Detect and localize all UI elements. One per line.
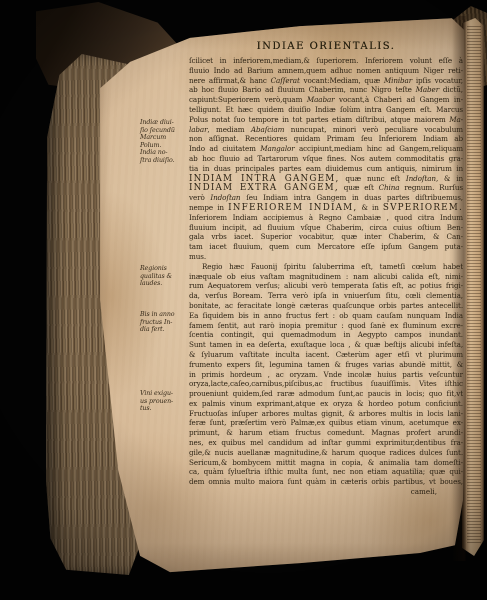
body-line: Regio hæc Fauonij ſpiritu ſaluberrima eſ… [189, 262, 463, 272]
body-line: proueniunt quidem,ſed raræ admodum ſunt,… [189, 389, 463, 399]
body-line: bonitate, ac feracitate longè cæteras qu… [189, 301, 463, 311]
body-line: nere affirmat,& hanc Caſſerat vocant:Med… [189, 76, 463, 86]
body-line: fluuio Indo ad Barium amnem,quem adhuc n… [189, 66, 463, 76]
margin-note-line: Regionis [140, 265, 187, 273]
body-line: capiunt:Superiorem verò,quam Maabar voca… [189, 95, 463, 105]
body-line: labar, mediam Abaſciam nuncupat, minori … [189, 125, 463, 135]
body-line: ab hoc fluuio Bario ad fluuium Chaberim,… [189, 85, 463, 95]
body-line: da, verſus Boream. Terra verò ipſa in vn… [189, 291, 463, 301]
body-line: gala vrbs iacet. Superior vocabitur, quæ… [189, 232, 463, 242]
margin-note-line: us prouen- [140, 398, 187, 406]
margin-note-india-division: Indiæ diui-ſio ſecundũMarcumPolum.India … [140, 119, 187, 164]
body-line: Fructuoſas inſuper arbores multas gignit… [189, 409, 463, 419]
body-line: feræ ſunt, præſertim verò Palmæ,ex quibu… [189, 418, 463, 428]
body-line: primunt, & harum etiam fructus comedunt.… [189, 428, 463, 438]
margin-note-line: dia fert. [140, 326, 187, 334]
margin-note-line: tus. [140, 405, 187, 413]
body-line: ſcilicet in inferiorem,mediam,& ſuperior… [189, 56, 463, 66]
margin-note-line: Marcum [140, 134, 187, 142]
body-line: fluuium incipit, ad fluuium vſque Chaber… [189, 223, 463, 233]
body-line: INDIAM EXTRA GANGEM, quæ eſt China regnu… [189, 183, 463, 193]
body-line: INDIAM INTRA GANGEM, quæ nunc eſt Indoſt… [189, 174, 463, 184]
margin-note-line: Vini exigu- [140, 390, 187, 398]
body-line: inæquale ob eius vaſtam magnitudinem : n… [189, 272, 463, 282]
body-line: Sunt tamen in ea deſerta, exuſtaque loca… [189, 340, 463, 350]
body-line: nempe in INFERIOREM INDIAM, & in SVPERIO… [189, 203, 463, 213]
body-line: ſcentia contingit, qui quemadmodum in Ae… [189, 330, 463, 340]
body-line: Indo ad ciuitatem Mangalor accipiunt,med… [189, 144, 463, 154]
body-line: Ea ſiquidem bis in anno fructus fert : o… [189, 311, 463, 321]
body-line: oryza,lacte,caſeo,carnibus,piſcibus,ac f… [189, 379, 463, 389]
body-line: famem ſentit, aut rarò inopia premitur :… [189, 321, 463, 331]
margin-note-line: India no- [140, 149, 187, 157]
body-line: Sericum,& bombycem mittit magna in copia… [189, 458, 463, 468]
body-line: Polus notat ſuo tempore in tot partes et… [189, 115, 463, 125]
body-line: ab hoc fluuio ad Tartarorum vſque fines.… [189, 154, 463, 164]
margin-note-little-wine: Vini exigu-us prouen-tus. [140, 390, 187, 413]
margin-note-line: qualitas & [140, 273, 187, 281]
catchword: cameli, [189, 487, 437, 496]
margin-note-region-quality: Regionisqualitas &laudes. [140, 265, 187, 288]
body-line: gile,& nucis auellanæ magnitudine,& haru… [189, 448, 463, 458]
body-line: non aſſignat. Recentiores quidam Primam … [189, 134, 463, 144]
body-line: tam iacet fluuium, quem cum Mercatore eſ… [189, 242, 463, 252]
margin-note-line: Bis in anno [140, 311, 187, 319]
book-scan-photo: INDIAE ORIENTALIS. Indiæ diui-ſio ſecund… [0, 0, 487, 600]
margin-note-line: fructus In- [140, 319, 187, 327]
body-line: & ſyluarum vaſtitate inculta iacent. Cæt… [189, 350, 463, 360]
body-line: telligunt. Et hæc quidem diuiſio Indiæ ſ… [189, 105, 463, 115]
margin-note-line: ſtra diuiſio. [140, 157, 187, 165]
margin-note-line: laudes. [140, 280, 187, 288]
margin-note-line: ſio ſecundũ [140, 127, 187, 135]
body-line: mus. [189, 252, 463, 262]
body-line: in primis hordeum , ac oryzam. Vnde inco… [189, 370, 463, 380]
body-line: rum Aequatorem verſus; alicubi verò temp… [189, 281, 463, 291]
body-line: dem omnia multo maiora ſunt quàm in cæte… [189, 477, 463, 487]
body-line: ex palmis vinum exprimant,atque ex oryza… [189, 399, 463, 409]
body-line: Inferiorem Indiam accipiemus à Regno Cam… [189, 213, 463, 223]
margin-note-line: Indiæ diui- [140, 119, 187, 127]
body-line: frumento expers ſit, legumina tamen & fr… [189, 360, 463, 370]
body-line: ca, quàm ſylueſtria iſthic multa ſunt, n… [189, 467, 463, 477]
body-line: nes, ex quibus mel candidum ad inſtar gu… [189, 438, 463, 448]
margin-note-line: Polum. [140, 142, 187, 150]
body-line: verò Indoſtan ſeu Indiam intra Gangem in… [189, 193, 463, 203]
margin-note-two-harvests: Bis in annofructus In-dia fert. [140, 311, 187, 334]
running-title: INDIAE ORIENTALIS. [189, 41, 463, 52]
body-line: tia in duas principales partes eam diuid… [189, 164, 463, 174]
body-text: ſcilicet in inferiorem,mediam,& ſuperior… [189, 56, 463, 487]
